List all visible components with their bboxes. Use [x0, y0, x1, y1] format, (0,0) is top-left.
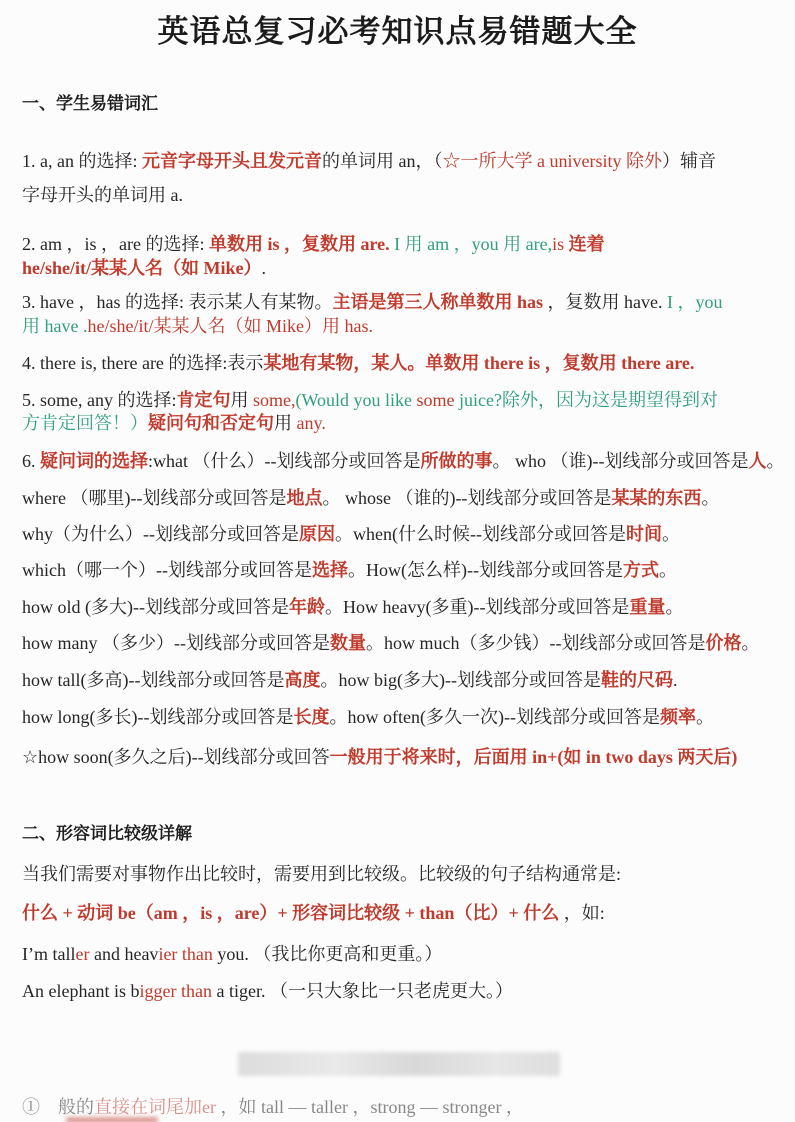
text-segment: .	[673, 670, 678, 690]
text-line: 字母开头的单词用 a.	[22, 184, 183, 206]
text-segment: igger than	[139, 981, 211, 1001]
text-line: 用 have .he/she/it/某某人名（如 Mike）用 has.	[22, 315, 373, 337]
text-segment: and heav	[89, 944, 158, 964]
section-1-heading: 一、学生易错词汇	[22, 92, 158, 115]
text-segment: 5. some, any 的选择:	[22, 390, 177, 410]
text-segment: 长度	[293, 707, 329, 727]
text-segment: 直接在词尾加er	[94, 1097, 216, 1117]
text-segment: how old (多大)--划线部分或回答是	[22, 597, 289, 617]
text-line: he/she/it/某某人名（如 Mike）.	[22, 257, 266, 279]
text-segment: 当我们需要对事物作出比较时，需要用到比较级。比较级的句子结构通常是:	[22, 864, 621, 884]
text-segment: 重量	[629, 597, 665, 617]
text-segment: 4. there is, there are 的选择:表示	[22, 353, 263, 373]
text-line: 4. there is, there are 的选择:表示某地有某物，某人。单数…	[22, 352, 694, 374]
text-segment: .	[262, 258, 267, 278]
text-segment: 。How(怎么样)--划线部分或回答是	[348, 560, 623, 580]
text-line: ☆how soon(多久之后)--划线部分或回答一般用于将来时，后面用 in+(…	[22, 746, 737, 768]
text-line: how old (多大)--划线部分或回答是年龄。How heavy(多重)--…	[22, 596, 683, 618]
text-segment: I’m tall	[22, 944, 75, 964]
text-segment: 数量	[330, 633, 366, 653]
text-segment: :what （什么）--划线部分或回答是	[148, 451, 420, 471]
text-segment: 疑问词的选择	[40, 451, 148, 471]
text-segment: he/she/it/某某人名（如 Mike）用 has.	[87, 316, 372, 336]
text-segment: ☆一所大学 a university 除外	[442, 151, 661, 171]
text-line: An elephant is bigger than a tiger. （一只大…	[22, 980, 513, 1002]
text-segment: 。how much（多少钱）--划线部分或回答是	[366, 633, 705, 653]
text-segment: ）辅音	[662, 151, 716, 171]
text-segment: ① 般的	[22, 1097, 94, 1117]
text-line: 1. a, an 的选择: 元音字母开头且发元音的单词用 an，（☆一所大学 a…	[22, 150, 716, 172]
text-segment: 。	[696, 707, 714, 727]
text-segment: 。 whose （谁的)--划线部分或回答是	[322, 488, 611, 508]
text-segment: why（为什么）--划线部分或回答是	[22, 524, 299, 544]
text-segment: you. （我比你更高和更重。）	[213, 944, 443, 964]
text-segment: 。how big(多大)--划线部分或回答是	[320, 670, 600, 690]
text-segment: some,	[253, 390, 296, 410]
text-segment: 。How heavy(多重)--划线部分或回答是	[325, 597, 629, 617]
text-segment: 高度	[284, 670, 320, 690]
text-segment: 字母开头的单词用 a.	[22, 185, 183, 205]
text-line: 当我们需要对事物作出比较时，需要用到比较级。比较级的句子结构通常是:	[22, 863, 621, 885]
text-segment: 疑问句和否定句	[148, 413, 274, 433]
text-segment: ☆how soon(多久之后)--划线部分或回答	[22, 747, 330, 767]
text-line: why（为什么）--划线部分或回答是原因。when(什么时候--划线部分或回答是…	[22, 523, 680, 545]
text-line: 5. some, any 的选择:肯定句用 some,(Would you li…	[22, 389, 718, 411]
text-segment: how many （多少）--划线部分或回答是	[22, 633, 330, 653]
text-segment: 年龄	[289, 597, 325, 617]
text-segment: 价格	[705, 633, 741, 653]
clipped-bottom-line: ① 般的直接在词尾加er ，如 tall — taller ，strong — …	[22, 1096, 524, 1118]
text-segment: 方肯定回答！）	[22, 413, 148, 433]
text-segment: 用	[231, 390, 254, 410]
text-segment: 地点	[286, 488, 322, 508]
text-segment: 主语是第三人称单数用 has	[332, 292, 543, 312]
text-segment: which（哪一个）--划线部分或回答是	[22, 560, 312, 580]
text-segment: I ，you	[667, 292, 723, 312]
text-segment: 元音字母开头且发元音	[142, 151, 322, 171]
text-segment: 选择	[312, 560, 348, 580]
text-segment: (Would you like	[296, 390, 417, 410]
text-segment: 。 who （谁)--划线部分或回答是	[492, 451, 748, 471]
text-segment: 用 have .	[22, 316, 87, 336]
text-segment: 2. am ，is ，are 的选择:	[22, 234, 209, 254]
text-line: I’m taller and heavier than you. （我比你更高和…	[22, 943, 442, 965]
text-segment: ier than	[158, 944, 212, 964]
text-segment: ，如 tall — taller ，strong — stronger ，	[216, 1097, 524, 1117]
text-line: how long(多长)--划线部分或回答是长度。how often(多久一次)…	[22, 706, 714, 728]
text-line: how tall(多高)--划线部分或回答是高度。how big(多大)--划线…	[22, 669, 677, 691]
text-segment: is	[552, 234, 569, 254]
text-segment: 。	[659, 560, 677, 580]
text-segment: juice?除外，因为这是期望得到对	[455, 390, 718, 410]
text-segment: where （哪里)--划线部分或回答是	[22, 488, 286, 508]
text-segment: 一般用于将来时，后面用 in+(如 in two days 两天后)	[330, 747, 738, 767]
text-segment: 二、形容词比较级详解	[22, 824, 192, 843]
text-segment: 某地有某物，某人。单数用 there is ，复数用 there are.	[263, 353, 694, 373]
blurred-watermark	[238, 1052, 560, 1076]
page-title: 英语总复习必考知识点易错题大全	[0, 6, 795, 51]
text-segment: 单数用 is ，复数用 are.	[209, 234, 394, 254]
text-segment: 。	[665, 597, 683, 617]
text-segment: he/she/it/某某人名（如 Mike）	[22, 258, 262, 278]
text-segment: 。when(什么时候--划线部分或回答是	[335, 524, 626, 544]
text-line: where （哪里)--划线部分或回答是地点。 whose （谁的)--划线部分…	[22, 487, 719, 509]
text-segment: how tall(多高)--划线部分或回答是	[22, 670, 284, 690]
text-segment: 一、学生易错词汇	[22, 94, 158, 113]
text-segment: 频率	[660, 707, 696, 727]
text-segment: 某某的东西	[611, 488, 701, 508]
text-line: how many （多少）--划线部分或回答是数量。how much（多少钱）-…	[22, 632, 759, 654]
text-segment: 肯定句	[177, 390, 231, 410]
text-line: 2. am ，is ，are 的选择: 单数用 is ，复数用 are. I 用…	[22, 233, 605, 255]
text-segment: 。	[766, 451, 784, 471]
text-segment: 方式	[623, 560, 659, 580]
text-segment: 所做的事	[420, 451, 492, 471]
text-segment: 。	[662, 524, 680, 544]
text-segment: 3. have ，has 的选择: 表示某人有某物。	[22, 292, 332, 312]
text-segment: ，复数用 have.	[543, 292, 667, 312]
text-line: which（哪一个）--划线部分或回答是选择。How(怎么样)--划线部分或回答…	[22, 559, 677, 581]
text-segment: a tiger. （一只大象比一只老虎更大。）	[212, 981, 513, 1001]
text-segment: 原因	[299, 524, 335, 544]
text-segment: 。	[701, 488, 719, 508]
section-2-heading: 二、形容词比较级详解	[22, 822, 192, 845]
text-segment: 的单词用 an，（	[322, 151, 443, 171]
text-segment: An elephant is b	[22, 981, 139, 1001]
text-segment: 鞋的尺码	[601, 670, 673, 690]
text-segment: 6.	[22, 451, 40, 471]
text-segment: how long(多长)--划线部分或回答是	[22, 707, 293, 727]
text-segment: 用	[274, 413, 297, 433]
text-segment: 时间	[626, 524, 662, 544]
text-segment: 。	[741, 633, 759, 653]
text-segment: I 用 am ，you 用 are,	[394, 234, 552, 254]
text-segment: 什么 + 动词 be（am ，is ，are）+ 形容词比较级 + than（比…	[22, 903, 559, 923]
text-segment: ，如:	[559, 903, 605, 923]
text-line: 什么 + 动词 be（am ，is ，are）+ 形容词比较级 + than（比…	[22, 902, 605, 924]
text-segment: any.	[297, 413, 326, 433]
text-line: 6. 疑问词的选择:what （什么）--划线部分或回答是所做的事。 who （…	[22, 450, 784, 472]
text-segment: 连着	[569, 234, 605, 254]
text-line: 方肯定回答！）疑问句和否定句用 any.	[22, 412, 326, 434]
text-segment: er	[75, 944, 89, 964]
text-segment: some	[417, 390, 455, 410]
text-line: 3. have ，has 的选择: 表示某人有某物。主语是第三人称单数用 has…	[22, 291, 722, 313]
text-segment: 人	[748, 451, 766, 471]
clipped-red-text-fragment	[66, 1117, 158, 1122]
text-segment: 1. a, an 的选择:	[22, 151, 142, 171]
text-segment: 。how often(多久一次)--划线部分或回答是	[329, 707, 659, 727]
